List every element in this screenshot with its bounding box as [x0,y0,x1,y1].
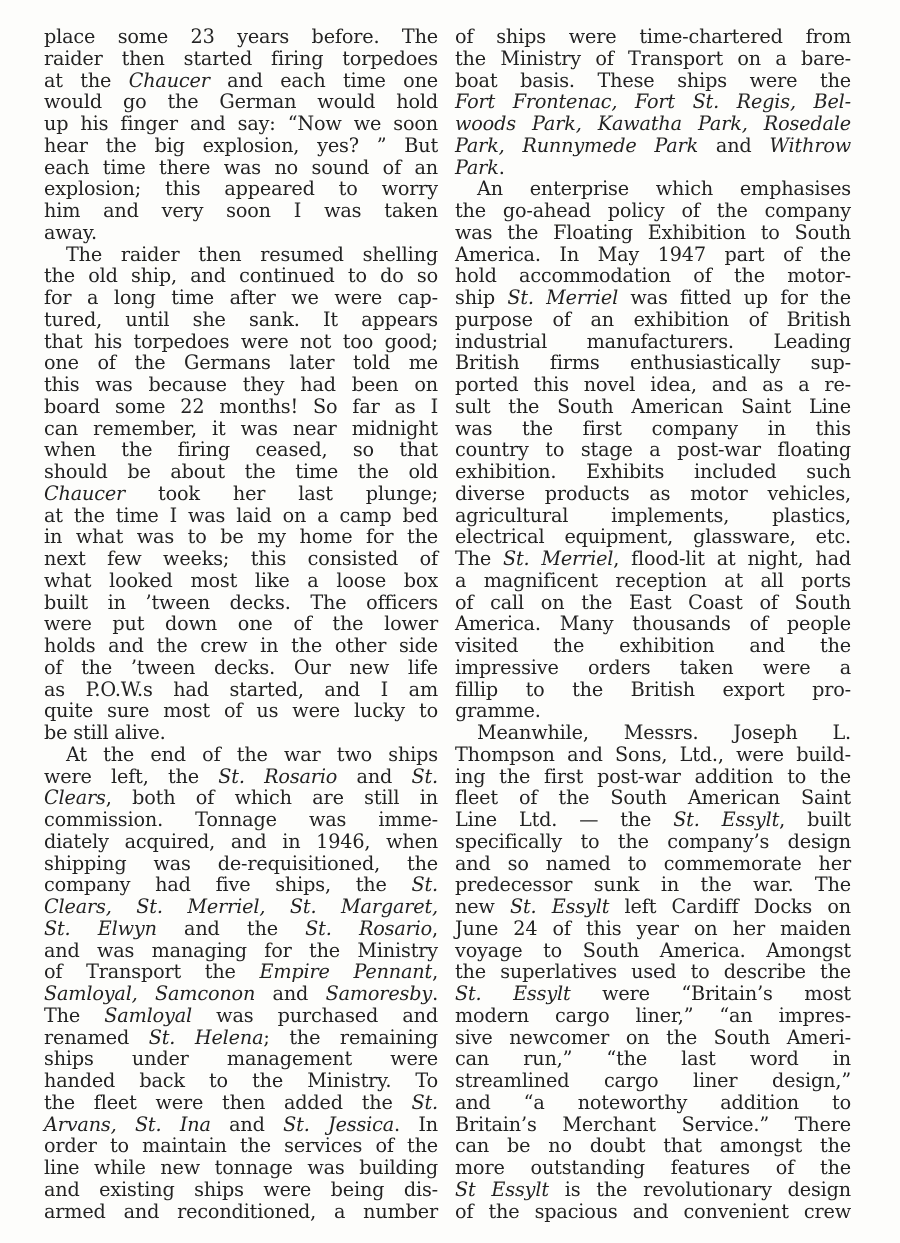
text-line: Fort Frontenac, Fort St. Regis, Bel- [455,91,851,113]
text-segment: ship [455,286,507,309]
text-line-content: Clears, both of which are still in [44,787,438,809]
text-line-content: what looked most like a loose box [44,570,438,592]
text-line-content: built in ’tween decks. The officers [44,592,438,614]
text-line-content: were left, the St. Rosario and St. [44,766,438,788]
text-line: away. [44,222,438,244]
italic-ship-name: St. Merriel [507,286,618,309]
text-line: him and very soon I was taken [44,200,438,222]
text-line: when the firing ceased, so that [44,439,438,461]
text-line-content: at the Chaucer and each time one [44,70,438,92]
text-segment: The [455,547,503,570]
italic-ship-name: St. [411,765,438,788]
text-line: hold accommodation of the motor- [455,265,851,287]
text-line: diately acquired, and in 1946, when [44,831,438,853]
text-line: the fleet were then added the St. [44,1092,438,1114]
text-segment: was purchased and [192,1004,438,1027]
text-line-content: at the time I was laid on a camp bed [44,505,438,527]
text-segment: , [432,960,438,983]
text-line-content: in what was to be my home for the [44,526,438,548]
text-line-content: quite sure most of us were lucky to [44,700,438,722]
text-segment: , flood-lit at night, had [613,547,851,570]
text-line-content: Thompson and Sons, Ltd., were build- [455,744,851,766]
text-line-content: each time there was no sound of an [44,157,438,179]
text-line: renamed St. Helena; the remaining [44,1027,438,1049]
text-line-content: fillip to the British export pro- [455,679,851,701]
italic-ship-name: Clears, St. Merriel, St. Margaret, [44,895,438,918]
text-line-content: voyage to South America. Amongst [455,940,851,962]
text-line: electrical equipment, glassware, etc. [455,526,851,548]
text-line-content: company had five ships, the St. [44,874,438,896]
text-line-content: this was because they had been on [44,374,438,396]
text-line-content: An enterprise which emphasises [477,178,851,200]
text-segment: the fleet were then added the [44,1091,411,1114]
text-line-content: holds and the crew in the other side [44,635,438,657]
text-line: The St. Merriel, flood-lit at night, had [455,548,851,570]
text-line: in what was to be my home for the [44,526,438,548]
text-segment: company had five ships, the [44,873,411,896]
text-line-content: ship St. Merriel was fitted up for the [455,287,851,309]
text-line-content: tured, until she sank. It appears [44,309,438,331]
text-segment: took her last plunge; [125,482,438,505]
text-line-content: and existing ships were being dis- [44,1179,438,1201]
text-line-content: gramme. [455,700,851,722]
text-line-content: visited the exhibition and the [455,635,851,657]
text-line: Clears, both of which are still in [44,787,438,809]
text-line-content: hear the big explosion, yes? ” But [44,135,438,157]
text-line: the old ship, and continued to do so [44,265,438,287]
text-line: Chaucer took her last plunge; [44,483,438,505]
text-line-content: At the end of the war two ships [66,744,438,766]
text-line: fleet of the South American Saint [455,787,851,809]
text-line: Samloyal, Samconon and Samoresby. [44,983,438,1005]
text-line-content: America. In May 1947 part of the [455,244,851,266]
text-segment: left Cardiff Docks on [609,895,851,918]
text-line: modern cargo liner,” “an impres- [455,1005,851,1027]
text-line-content: Meanwhile, Messrs. Joseph L. [477,722,851,744]
text-line-content: shipping was de-requisitioned, the [44,853,438,875]
text-line-content: handed back to the Ministry. To [44,1070,438,1092]
italic-ship-name: Fort Frontenac, Fort St. Regis, Bel- [455,90,851,113]
text-line-content: ported this novel idea, and as a re- [455,374,851,396]
text-segment: . [432,982,438,1005]
text-line: America. In May 1947 part of the [455,244,851,266]
text-line-content: impressive orders taken were a [455,657,851,679]
text-line: can run,” “the last word in [455,1048,851,1070]
text-line-content: order to maintain the services of the [44,1135,438,1157]
text-line-content: Park, Runnymede Park and Withrow [455,135,851,157]
text-line-content: can remember, it was near midnight [44,418,438,440]
text-line: of the ’tween decks. Our new life [44,657,438,679]
text-line: were left, the St. Rosario and St. [44,766,438,788]
text-line: ships under management were [44,1048,438,1070]
italic-ship-name: Park [455,156,499,179]
text-line: Line Ltd. — the St. Essylt, built [455,809,851,831]
text-line: the Ministry of Transport on a bare- [455,48,851,70]
text-line-content: ships under management were [44,1048,438,1070]
text-line-content: new St. Essylt left Cardiff Docks on [455,896,851,918]
text-line: more outstanding features of the [455,1157,851,1179]
text-line: and existing ships were being dis- [44,1179,438,1201]
text-segment: and [255,982,325,1005]
text-line-content: armed and reconditioned, a number [44,1201,438,1223]
text-line-content: Fort Frontenac, Fort St. Regis, Bel- [455,91,851,113]
text-line: The Samloyal was purchased and [44,1005,438,1027]
italic-ship-name: St. Jessica [283,1113,394,1136]
text-line: Thompson and Sons, Ltd., were build- [455,744,851,766]
text-line-content: country to stage a post-war floating [455,439,851,461]
text-line: new St. Essylt left Cardiff Docks on [455,896,851,918]
text-line-content: one of the Germans later told me [44,352,438,374]
italic-ship-name: St Essylt [455,1178,549,1201]
text-segment: of Transport the [44,960,260,983]
text-line: sult the South American Saint Line [455,396,851,418]
text-line: Arvans, St. Ina and St. Jessica. In [44,1114,438,1136]
text-segment: , built [779,808,851,831]
text-line: streamlined cargo liner design,” [455,1070,851,1092]
italic-ship-name: St. [411,873,438,896]
text-line: St Essylt is the revolutionary design [455,1179,851,1201]
text-line: purpose of an exhibition of British [455,309,851,331]
text-line: place some 23 years before. The [44,26,438,48]
text-line: next few weeks; this consisted of [44,548,438,570]
text-line: fillip to the British export pro- [455,679,851,701]
text-line-content: renamed St. Helena; the remaining [44,1027,438,1049]
italic-ship-name: St. Merriel [503,547,613,570]
text-line-content: board some 22 months! So far as I [44,396,438,418]
italic-ship-name: St. Rosario [218,765,337,788]
text-line-content: away. [44,222,438,244]
italic-ship-name: Empire Pennant [260,960,433,983]
text-line-content: sive newcomer on the South Ameri- [455,1027,851,1049]
text-line-content: next few weeks; this consisted of [44,548,438,570]
text-line-content: The St. Merriel, flood-lit at night, had [455,548,851,570]
text-line: specifically to the company’s design [455,831,851,853]
text-line-content: the old ship, and continued to do so [44,265,438,287]
text-line: were put down one of the lower [44,613,438,635]
text-line-content: agricultural implements, plastics, [455,505,851,527]
text-line: up his finger and say: “Now we soon [44,113,438,135]
text-line-content: boat basis. These ships were the [455,70,851,92]
text-line-content: Chaucer took her last plunge; [44,483,438,505]
text-line: can be no doubt that amongst the [455,1135,851,1157]
text-line: exhibition. Exhibits included such [455,461,851,483]
text-line: should be about the time the old [44,461,438,483]
text-line: country to stage a post-war floating [455,439,851,461]
text-line-content: of the spacious and convenient crew [455,1201,851,1223]
text-segment: and the [157,917,305,940]
italic-ship-name: St. Rosario [305,917,432,940]
text-line-content: sult the South American Saint Line [455,396,851,418]
text-segment: is the revolutionary design [549,1178,851,1201]
text-line-content: The Samloyal was purchased and [44,1005,438,1027]
text-line: quite sure most of us were lucky to [44,700,438,722]
text-line-content: ing the first post-war addition to the [455,766,851,788]
text-segment: , both of which are still in [106,786,438,809]
text-line-content: would go the German would hold [44,91,438,113]
text-line-content: the Ministry of Transport on a bare- [455,48,851,70]
text-line: at the Chaucer and each time one [44,70,438,92]
text-line: The raider then resumed shelling [44,244,438,266]
text-line: a magnificent reception at all ports [455,570,851,592]
text-line: Park, Runnymede Park and Withrow [455,135,851,157]
text-line: gramme. [455,700,851,722]
text-segment: and [698,134,769,157]
italic-ship-name: Withrow [769,134,851,157]
text-line-content: of Transport the Empire Pennant, [44,961,438,983]
text-segment: were “Britain’s most [571,982,851,1005]
text-line-content: purpose of an exhibition of British [455,309,851,331]
text-line: predecessor sunk in the war. The [455,874,851,896]
text-line-content: British firms enthusiastically sup- [455,352,851,374]
text-line: ing the first post-war addition to the [455,766,851,788]
text-segment: renamed [44,1026,149,1049]
text-line: each time there was no sound of an [44,157,438,179]
text-line: board some 22 months! So far as I [44,396,438,418]
text-line: visited the exhibition and the [455,635,851,657]
italic-ship-name: St. Helena [149,1026,264,1049]
text-line: Park. [455,157,851,179]
text-line: boat basis. These ships were the [455,70,851,92]
text-segment: The [44,1004,104,1027]
text-line-content: be still alive. [44,722,438,744]
text-line: what looked most like a loose box [44,570,438,592]
text-line-content: electrical equipment, glassware, etc. [455,526,851,548]
right-column: of ships were time-chartered fromthe Min… [455,26,851,1222]
text-line-content: streamlined cargo liner design,” [455,1070,851,1092]
document-page: place some 23 years before. Theraider th… [0,0,900,1243]
text-line-content: more outstanding features of the [455,1157,851,1179]
text-line: for a long time after we were cap- [44,287,438,309]
text-line: of Transport the Empire Pennant, [44,961,438,983]
text-line: holds and the crew in the other side [44,635,438,657]
text-line: shipping was de-requisitioned, the [44,853,438,875]
italic-ship-name: St. Essylt [455,982,571,1005]
italic-ship-name: Park, Runnymede Park [455,134,698,157]
text-line-content: diately acquired, and in 1946, when [44,831,438,853]
text-line-content: should be about the time the old [44,461,438,483]
text-line: agricultural implements, plastics, [455,505,851,527]
text-line: of ships were time-chartered from [455,26,851,48]
italic-ship-name: St. [411,1091,438,1114]
text-line: one of the Germans later told me [44,352,438,374]
text-line-content: Arvans, St. Ina and St. Jessica. In [44,1114,438,1136]
text-line-content: a magnificent reception at all ports [455,570,851,592]
text-line: can remember, it was near midnight [44,418,438,440]
text-line-content: Samloyal, Samconon and Samoresby. [44,983,438,1005]
text-line: commission. Tonnage was imme- [44,809,438,831]
text-segment: and each time one [210,69,438,92]
text-line: as P.O.W.s had started, and I am [44,679,438,701]
text-line: explosion; this appeared to worry [44,178,438,200]
text-line: ported this novel idea, and as a re- [455,374,851,396]
text-segment: was fitted up for the [618,286,851,309]
text-line: diverse products as motor vehicles, [455,483,851,505]
italic-ship-name: St. Essylt [673,808,779,831]
text-line: that his torpedoes were not too good; [44,331,438,353]
text-line: woods Park, Kawatha Park, Rosedale [455,113,851,135]
text-line-content: Park. [455,157,851,179]
text-line: handed back to the Ministry. To [44,1070,438,1092]
text-line: would go the German would hold [44,91,438,113]
text-line-content: woods Park, Kawatha Park, Rosedale [455,113,851,135]
text-line: America. Many thousands of people [455,613,851,635]
text-line: and was managing for the Ministry [44,940,438,962]
text-line-content: predecessor sunk in the war. The [455,874,851,896]
text-line-content: Line Ltd. — the St. Essylt, built [455,809,851,831]
text-segment: . [499,156,505,179]
text-segment: and [337,765,411,788]
text-line-content: explosion; this appeared to worry [44,178,438,200]
text-segment: , [432,917,438,940]
text-line-content: fleet of the South American Saint [455,787,851,809]
text-line-content: Clears, St. Merriel, St. Margaret, [44,896,438,918]
italic-ship-name: St. Essylt [510,895,609,918]
text-line: industrial manufacturers. Leading [455,331,851,353]
text-line: the superlatives used to describe the [455,961,851,983]
text-line: and “a noteworthy addition to [455,1092,851,1114]
text-line-content: the superlatives used to describe the [455,961,851,983]
text-segment: and [211,1113,283,1136]
text-line: British firms enthusiastically sup- [455,352,851,374]
text-line-content: raider then started firing torpedoes [44,48,438,70]
text-line: be still alive. [44,722,438,744]
text-line-content: for a long time after we were cap- [44,287,438,309]
text-line-content: was the Floating Exhibition to South [455,222,851,244]
text-segment: . In [394,1113,438,1136]
text-line-content: can run,” “the last word in [455,1048,851,1070]
text-line: raider then started firing torpedoes [44,48,438,70]
text-line: the go-ahead policy of the company [455,200,851,222]
text-line: voyage to South America. Amongst [455,940,851,962]
text-line: Britain’s Merchant Service.” There [455,1114,851,1136]
text-line: impressive orders taken were a [455,657,851,679]
text-line-content: up his finger and say: “Now we soon [44,113,438,135]
text-line-content: The raider then resumed shelling [66,244,438,266]
text-line: company had five ships, the St. [44,874,438,896]
text-line-content: the go-ahead policy of the company [455,200,851,222]
text-line: of the spacious and convenient crew [455,1201,851,1223]
text-line-content: him and very soon I was taken [44,200,438,222]
text-line-content: as P.O.W.s had started, and I am [44,679,438,701]
text-line: Meanwhile, Messrs. Joseph L. [455,722,851,744]
text-segment: ; the remaining [263,1026,438,1049]
text-line-content: St Essylt is the revolutionary design [455,1179,851,1201]
text-line: June 24 of this year on her maiden [455,918,851,940]
italic-ship-name: Samoresby [326,982,432,1005]
text-line: hear the big explosion, yes? ” But [44,135,438,157]
text-line-content: was the first company in this [455,418,851,440]
text-line-content: exhibition. Exhibits included such [455,461,851,483]
text-line: was the Floating Exhibition to South [455,222,851,244]
text-segment: at the [44,69,129,92]
italic-ship-name: woods Park, Kawatha Park, Rosedale [455,112,851,135]
text-line-content: and was managing for the Ministry [44,940,438,962]
text-line: sive newcomer on the South Ameri- [455,1027,851,1049]
italic-ship-name: Arvans, St. Ina [44,1113,211,1136]
text-line-content: of ships were time-chartered from [455,26,851,48]
text-line: St. Elwyn and the St. Rosario, [44,918,438,940]
text-segment: Line Ltd. — the [455,808,673,831]
text-line: tured, until she sank. It appears [44,309,438,331]
text-line-content: hold accommodation of the motor- [455,265,851,287]
text-line-content: were put down one of the lower [44,613,438,635]
left-column: place some 23 years before. Theraider th… [44,26,438,1222]
text-line-content: and “a noteworthy addition to [455,1092,851,1114]
text-line-content: of the ’tween decks. Our new life [44,657,438,679]
text-line-content: of call on the East Coast of South [455,592,851,614]
italic-ship-name: St. Elwyn [44,917,157,940]
italic-ship-name: Samloyal, Samconon [44,982,255,1005]
text-line: of call on the East Coast of South [455,592,851,614]
text-line-content: place some 23 years before. The [44,26,438,48]
text-line-content: industrial manufacturers. Leading [455,331,851,353]
text-line: At the end of the war two ships [44,744,438,766]
text-line: was the first company in this [455,418,851,440]
text-segment: new [455,895,510,918]
text-line-content: the fleet were then added the St. [44,1092,438,1114]
text-line: line while new tonnage was building [44,1157,438,1179]
italic-ship-name: Clears [44,786,106,809]
text-line-content: line while new tonnage was building [44,1157,438,1179]
italic-ship-name: Samloyal [104,1004,192,1027]
text-line-content: diverse products as motor vehicles, [455,483,851,505]
text-line: this was because they had been on [44,374,438,396]
text-line: at the time I was laid on a camp bed [44,505,438,527]
text-line-content: and so named to commemorate her [455,853,851,875]
text-line: An enterprise which emphasises [455,178,851,200]
text-line-content: when the firing ceased, so that [44,439,438,461]
text-line-content: June 24 of this year on her maiden [455,918,851,940]
text-line: St. Essylt were “Britain’s most [455,983,851,1005]
italic-ship-name: Chaucer [44,482,125,505]
text-line: Clears, St. Merriel, St. Margaret, [44,896,438,918]
italic-ship-name: Chaucer [129,69,210,92]
text-line: armed and reconditioned, a number [44,1201,438,1223]
text-line-content: specifically to the company’s design [455,831,851,853]
text-line: order to maintain the services of the [44,1135,438,1157]
text-line: and so named to commemorate her [455,853,851,875]
text-line-content: that his torpedoes were not too good; [44,331,438,353]
text-line-content: St. Essylt were “Britain’s most [455,983,851,1005]
text-line: ship St. Merriel was fitted up for the [455,287,851,309]
text-line-content: America. Many thousands of people [455,613,851,635]
text-line: built in ’tween decks. The officers [44,592,438,614]
text-line-content: commission. Tonnage was imme- [44,809,438,831]
text-line-content: can be no doubt that amongst the [455,1135,851,1157]
text-line-content: St. Elwyn and the St. Rosario, [44,918,438,940]
text-line-content: modern cargo liner,” “an impres- [455,1005,851,1027]
text-line-content: Britain’s Merchant Service.” There [455,1114,851,1136]
text-segment: were left, the [44,765,218,788]
